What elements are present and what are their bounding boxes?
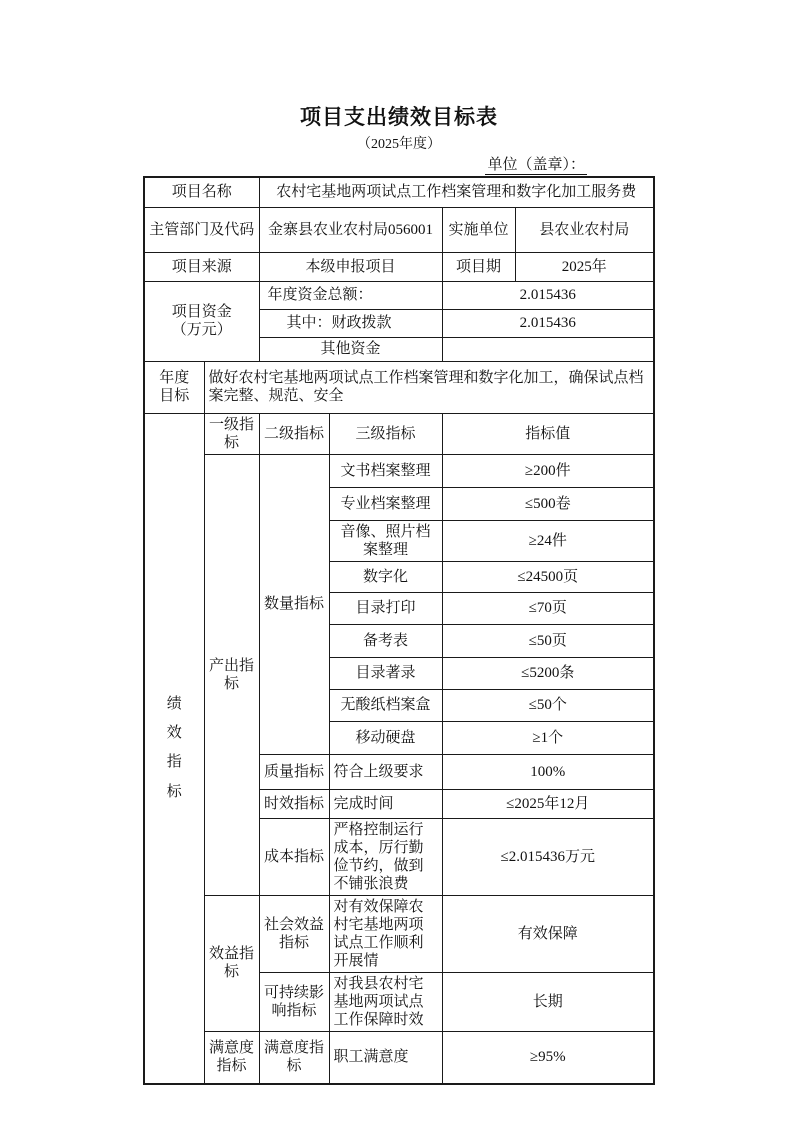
indicator-value: 100% [442, 754, 654, 789]
source-label: 项目来源 [144, 252, 259, 281]
impl-unit-label: 实施单位 [442, 207, 515, 252]
indicator-name: 目录打印 [329, 592, 442, 624]
indicator-name: 音像、照片档案整理 [329, 520, 442, 561]
funds-fiscal-value: 2.015436 [442, 309, 654, 337]
period-label: 项目期 [442, 252, 515, 281]
indicator-value: ≥1个 [442, 721, 654, 754]
header-level3: 三级指标 [329, 413, 442, 454]
quantity-indicator-label: 数量指标 [259, 454, 329, 754]
indicator-name: 移动硬盘 [329, 721, 442, 754]
indicator-value: ≥200件 [442, 454, 654, 487]
annual-goal-text: 做好农村宅基地两项试点工作档案管理和数字化加工，确保试点档案完整、规范、安全 [204, 361, 654, 413]
indicator-value: ≤2.015436万元 [442, 818, 654, 895]
project-name-label: 项目名称 [144, 177, 259, 207]
indicator-name: 备考表 [329, 624, 442, 657]
document-page: 项目支出绩效目标表 （2025年度） 单位（盖章）： 项目名称 农村宅基地两项试… [143, 104, 655, 1085]
indicator-name: 目录著录 [329, 657, 442, 689]
cost-indicator-label: 成本指标 [259, 818, 329, 895]
indicator-value: ≤70页 [442, 592, 654, 624]
indicator-name: 文书档案整理 [329, 454, 442, 487]
quality-indicator-label: 质量指标 [259, 754, 329, 789]
dept-value: 金寨县农业农村局056001 [259, 207, 442, 252]
indicator-name: 专业档案整理 [329, 487, 442, 520]
timeliness-indicator-label: 时效指标 [259, 789, 329, 818]
indicator-value: ≤50页 [442, 624, 654, 657]
funds-fiscal-label: 其中：财政拨款 [259, 309, 442, 337]
project-name-value: 农村宅基地两项试点工作档案管理和数字化加工服务费 [259, 177, 654, 207]
social-benefit-label: 社会效益指标 [259, 895, 329, 972]
indicator-name: 符合上级要求 [329, 754, 442, 789]
benefit-indicator-label: 效益指标 [204, 895, 259, 1031]
funds-label: 项目资金 （万元） [144, 281, 259, 361]
indicator-name: 严格控制运行成本，厉行勤俭节约，做到不铺张浪费 [329, 818, 442, 895]
performance-target-table: 项目名称 农村宅基地两项试点工作档案管理和数字化加工服务费 主管部门及代码 金寨… [143, 176, 655, 1085]
satisfaction-level2-label: 满意度指标 [259, 1031, 329, 1084]
indicator-name: 对有效保障农村宅基地两项试点工作顺利开展情 [329, 895, 442, 972]
performance-indicator-spine: 绩效指标 [144, 413, 204, 1084]
indicator-name: 数字化 [329, 561, 442, 592]
unit-seal-label: 单位（盖章）： [485, 157, 587, 175]
funds-other-label: 其他资金 [259, 337, 442, 361]
impl-unit-value: 县农业农村局 [515, 207, 654, 252]
indicator-value: ≤2025年12月 [442, 789, 654, 818]
indicator-value: ≥24件 [442, 520, 654, 561]
indicator-value: ≤500卷 [442, 487, 654, 520]
page-subtitle: （2025年度） [143, 136, 655, 154]
indicator-name: 对我县农村宅基地两项试点工作保障时效 [329, 972, 442, 1031]
header-level2: 二级指标 [259, 413, 329, 454]
period-value: 2025年 [515, 252, 654, 281]
satisfaction-level1-label: 满意度指标 [204, 1031, 259, 1084]
header-value: 指标值 [442, 413, 654, 454]
sustainability-label: 可持续影响指标 [259, 972, 329, 1031]
indicator-name: 无酸纸档案盒 [329, 689, 442, 721]
indicator-name: 完成时间 [329, 789, 442, 818]
funds-total-label: 年度资金总额： [259, 281, 442, 309]
funds-other-value [442, 337, 654, 361]
page-title: 项目支出绩效目标表 [143, 104, 655, 130]
header-level1: 一级指标 [204, 413, 259, 454]
indicator-name: 职工满意度 [329, 1031, 442, 1084]
indicator-value: ≤5200条 [442, 657, 654, 689]
dept-label: 主管部门及代码 [144, 207, 259, 252]
indicator-value: ≤50个 [442, 689, 654, 721]
funds-total-value: 2.015436 [442, 281, 654, 309]
annual-goal-label: 年度 目标 [144, 361, 204, 413]
output-indicator-label: 产出指标 [204, 454, 259, 895]
indicator-value: ≤24500页 [442, 561, 654, 592]
source-value: 本级申报项目 [259, 252, 442, 281]
indicator-value: 有效保障 [442, 895, 654, 972]
indicator-value: ≥95% [442, 1031, 654, 1084]
indicator-value: 长期 [442, 972, 654, 1031]
unit-seal-line: 单位（盖章）： [143, 156, 655, 174]
